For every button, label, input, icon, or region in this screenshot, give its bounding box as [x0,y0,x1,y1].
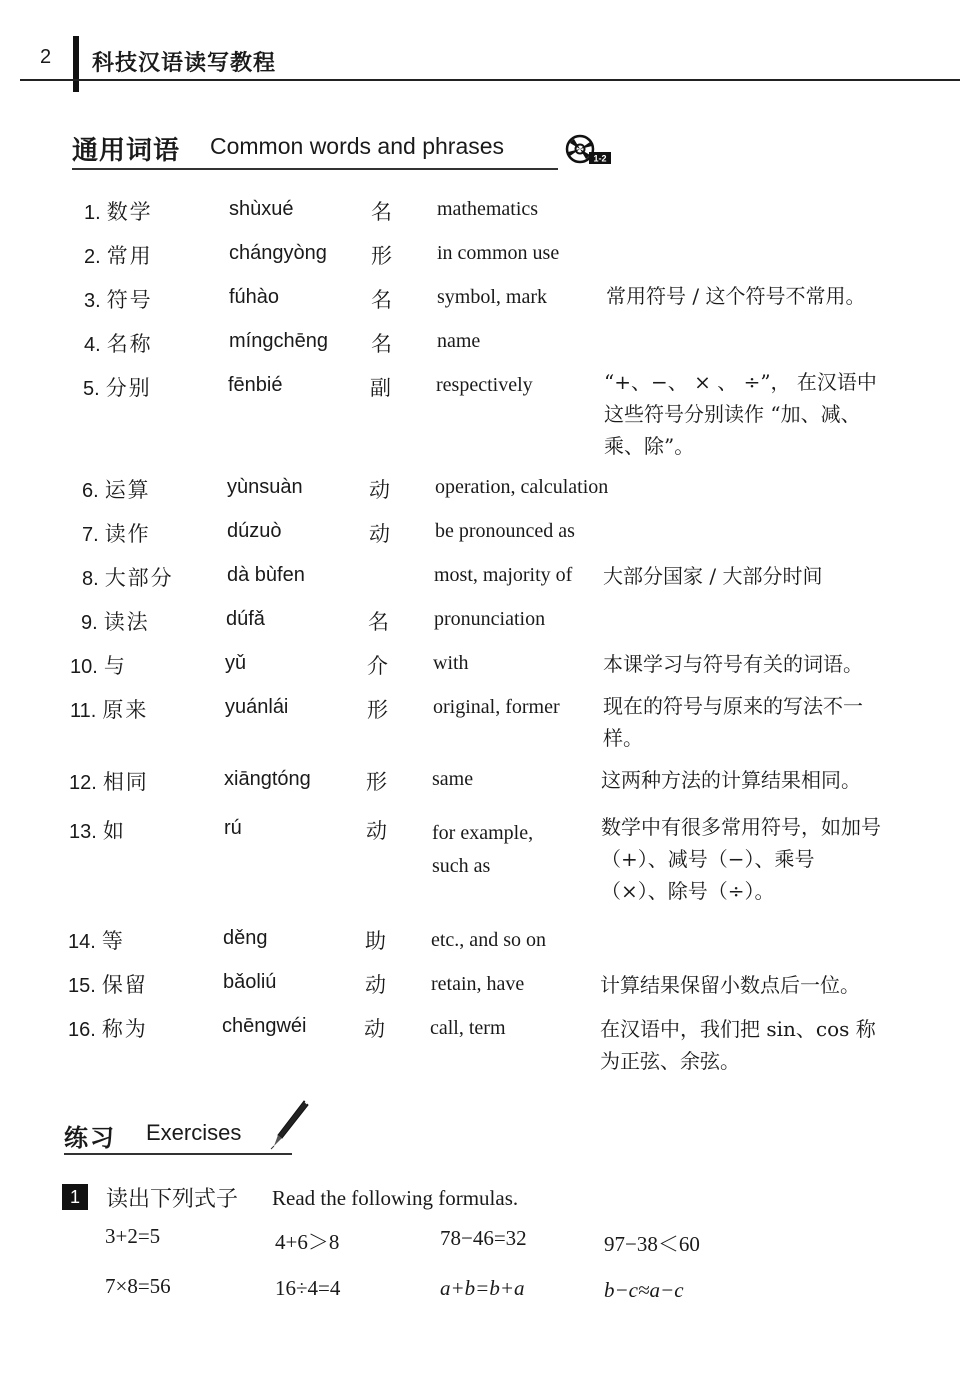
vocab-pinyin: yùnsuàn [227,476,303,499]
vocab-english: mathematics [437,198,538,221]
vocab-english: operation, calculation [435,476,608,499]
vocab-english: etc., and so on [431,929,546,952]
vocab-pos: 形 [367,694,388,724]
vocab-word: 相同 [103,770,149,794]
vocab-pinyin: bǎoliú [223,971,276,994]
vocab-number: 3. [84,290,101,312]
vocab-pinyin: rú [224,817,242,840]
exercises-heading-rule [64,1153,292,1155]
exercise-instruction-english: Read the following formulas. [272,1186,518,1211]
pen-icon [268,1098,312,1150]
vocab-row: 14.等 [68,925,125,955]
vocab-word: 读法 [104,610,150,634]
vocab-pos: 名 [371,196,392,226]
vocab-pos: 介 [367,650,388,680]
formula: 78−46=32 [440,1226,527,1251]
vocab-pinyin: děng [223,927,268,950]
vocab-english: in common use [437,242,559,265]
formula: 4+6＞8 [275,1226,339,1256]
vocab-pinyin: xiāngtóng [224,768,311,791]
vocab-word: 常用 [107,244,153,268]
formula: 16÷4=4 [275,1276,340,1301]
vocab-pinyin: dúfǎ [226,608,265,631]
vocab-heading-chinese: 通用词语 [72,130,180,167]
vocab-row: 6.运算 [82,474,151,504]
vocab-pos: 动 [369,518,390,548]
vocab-pos: 动 [365,969,386,999]
vocab-pinyin: míngchēng [229,330,328,353]
vocab-number: 4. [84,334,101,356]
vocab-row: 5.分别 [83,372,152,402]
vocab-row: 15.保留 [68,969,148,999]
vocab-pos: 形 [366,766,387,796]
vocab-example: 大部分国家 / 大部分时间 [603,560,883,592]
vocab-english: symbol, mark [437,286,547,309]
vocab-pinyin: chēngwéi [222,1015,307,1038]
vocab-example: 这两种方法的计算结果相同。 [601,764,881,796]
vocab-example: 数学中有很多常用符号，如加号（+）、减号（−）、乘号（×）、除号（÷）。 [601,811,881,907]
vocab-english: original, former [433,696,560,719]
vocab-pos: 动 [366,815,387,845]
svg-text:1-2: 1-2 [593,154,606,164]
vocab-pos: 副 [370,372,391,402]
vocab-pinyin: dà bùfen [227,564,305,587]
vocab-pos: 动 [369,474,390,504]
vocab-example: 本课学习与符号有关的词语。 [603,648,883,680]
vocab-pinyin: yuánlái [225,696,288,719]
vocab-english: respectively [436,374,533,397]
vocab-pos: 名 [368,606,389,636]
formula: b−c≈a−c [604,1278,684,1303]
vocab-example: 现在的符号与原来的写法不一样。 [603,690,883,754]
vocab-english: be pronounced as [435,520,575,543]
vocab-number: 2. [84,246,101,268]
vocab-number: 9. [81,612,98,634]
vocab-number: 10. [70,656,98,678]
vocab-row: 4.名称 [84,328,153,358]
vocab-word: 原来 [102,698,148,722]
vocab-number: 14. [68,931,96,953]
page-number: 2 [40,46,51,69]
book-title: 科技汉语读写教程 [92,46,276,77]
vocab-word: 保留 [102,973,148,997]
vocab-row: 2.常用 [84,240,153,270]
vocab-word: 名称 [107,332,153,356]
vocab-pos: 助 [365,925,386,955]
vocab-row: 9.读法 [81,606,150,636]
vocab-pos: 名 [371,328,392,358]
vocab-number: 15. [68,975,96,997]
vocab-row: 8.大部分 [82,562,174,592]
formula: 97−38＜60 [604,1228,700,1258]
vocab-pinyin: shùxué [229,198,294,221]
header-rule [20,79,960,81]
vocab-pinyin: fúhào [229,286,279,309]
vocab-pos: 动 [364,1013,385,1043]
vocab-word: 与 [104,654,127,678]
vocab-english: call, term [430,1017,506,1040]
vocab-pinyin: dúzuò [227,520,282,543]
vocab-word: 读作 [105,522,151,546]
vocab-word: 大部分 [105,566,174,590]
vocab-number: 5. [83,378,100,400]
vocab-english: most, majority of [434,564,572,587]
vocab-word: 称为 [102,1017,148,1041]
vocab-row: 3.符号 [84,284,153,314]
vocab-row: 10.与 [70,650,127,680]
vocab-english: for example, such as [432,817,562,883]
vocab-word: 符号 [107,288,153,312]
vocab-number: 13. [69,821,97,843]
vocab-word: 数学 [107,200,153,224]
vocab-english: same [432,768,473,791]
formula: a+b=b+a [440,1276,525,1301]
vocab-word: 等 [102,929,125,953]
vocab-pos: 名 [371,284,392,314]
vocab-english: retain, have [431,973,524,996]
vocab-row: 16.称为 [68,1013,148,1043]
exercises-heading-chinese: 练习 [64,1118,116,1153]
vocab-pinyin: fēnbié [228,374,283,397]
exercise-instruction-chinese: 读出下列式子 [106,1182,238,1213]
vocab-heading-rule [72,168,558,170]
vocab-number: 7. [82,524,99,546]
vocab-example: 常用符号 / 这个符号不常用。 [606,280,886,312]
vocab-row: 12.相同 [69,766,149,796]
vocab-pinyin: yǔ [225,652,246,675]
vocab-word: 分别 [106,376,152,400]
vocab-number: 16. [68,1019,96,1041]
vocab-heading-english: Common words and phrases [210,133,504,160]
vocab-row: 7.读作 [82,518,151,548]
exercise-number-badge: 1 [62,1184,88,1210]
vocab-number: 8. [82,568,99,590]
vocab-english: name [437,330,480,353]
cd-audio-icon[interactable]: 1-2 [564,134,612,166]
vocab-word: 运算 [105,478,151,502]
vocab-english: with [433,652,469,675]
vocab-row: 1.数学 [84,196,153,226]
vocab-number: 1. [84,202,101,224]
vocab-example: “+、−、 × 、 ÷”， 在汉语中这些符号分别读作 “加、减、乘、除”。 [604,366,884,462]
vocab-number: 11. [70,700,96,722]
exercises-heading-english: Exercises [146,1120,241,1146]
vocab-pinyin: chángyòng [229,242,327,265]
vocab-english: pronunciation [434,608,545,631]
vocab-row: 11.原来 [70,694,148,724]
formula: 7×8=56 [105,1274,171,1299]
vocab-word: 如 [103,819,126,843]
vocab-row: 13.如 [69,815,126,845]
formula: 3+2=5 [105,1224,160,1249]
vocab-example: 在汉语中，我们把 sin、cos 称为正弦、余弦。 [600,1013,880,1077]
header-bar-divider [73,36,79,92]
vocab-number: 6. [82,480,99,502]
vocab-number: 12. [69,772,97,794]
vocab-example: 计算结果保留小数点后一位。 [600,969,880,1001]
vocab-pos: 形 [371,240,392,270]
